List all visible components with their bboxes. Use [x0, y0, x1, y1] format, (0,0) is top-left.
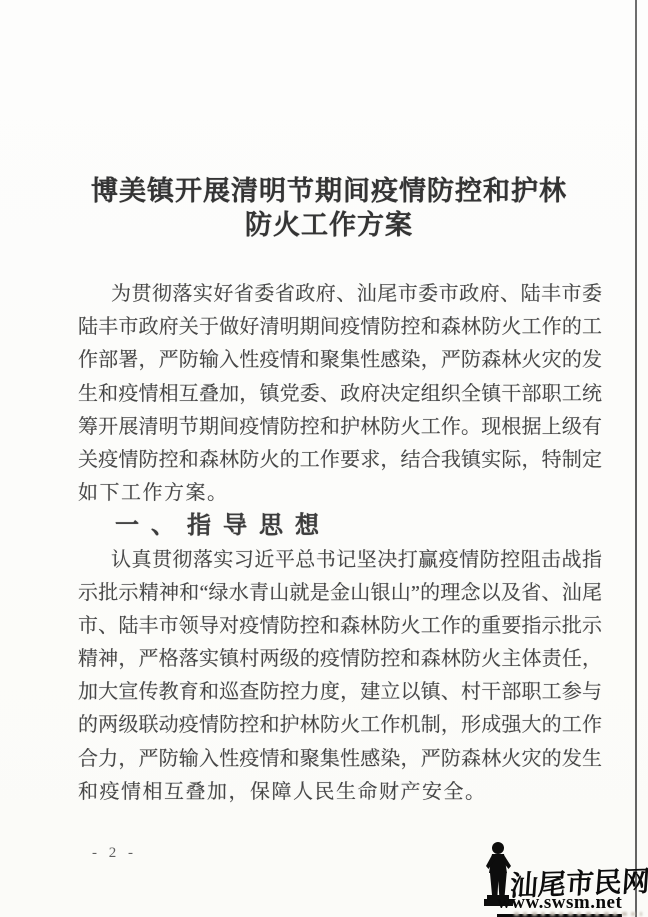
document-body: 为贯彻落实好省委省政府、汕尾市委市政府、陆丰市委陆丰市政府关于做好清明期间疫情防…	[78, 278, 602, 809]
text-line: 示批示精神和“绿水青山就是金山银山”的理念以及省、汕尾	[78, 577, 602, 610]
text-line: 和疫情相互叠加，保障人民生命财产安全。	[78, 776, 602, 809]
text-line: 认真贯彻落实习近平总书记坚决打赢疫情防控阻击战指	[78, 544, 602, 577]
scanned-document-page: 博美镇开展清明节期间疫情防控和护林 防火工作方案 为贯彻落实好省委省政府、汕尾市…	[0, 0, 648, 917]
text-line: 市、陆丰市领导对疫情防控和森林防火工作的重要指示批示	[78, 610, 602, 643]
page-number: - 2 -	[92, 845, 137, 862]
text-line: 加大宣传教育和巡查防控力度，建立以镇、村干部职工参与	[78, 676, 602, 709]
text-line: 作部署，严防输入性疫情和聚集性感染，严防森林火灾的发	[78, 344, 602, 377]
text-line: 如下工作方案。	[78, 477, 602, 510]
text-line: 的两级联动疫情防控和护林防火工作机制，形成强大的工作	[78, 709, 602, 742]
document-title-line1: 博美镇开展清明节期间疫情防控和护林	[10, 174, 648, 208]
site-watermark: 汕尾市民网 www.swsm.net	[476, 836, 648, 917]
document-title-line2: 防火工作方案	[10, 208, 648, 242]
text-line: 筹开展清明节期间疫情防控和护林防火工作。现根据上级有	[78, 411, 602, 444]
text-line: 合力，严防输入性疫情和聚集性感染，严防森林火灾的发生	[78, 743, 602, 776]
text-line: 精神，严格落实镇村两级的疫情防控和森林防火主体责任，	[78, 643, 602, 676]
section-heading: 一、指导思想	[78, 510, 602, 543]
document-title: 博美镇开展清明节期间疫情防控和护林 防火工作方案	[10, 174, 648, 242]
text-line: 陆丰市政府关于做好清明期间疫情防控和森林防火工作的工	[78, 311, 602, 344]
scan-edge-artifact	[635, 0, 637, 917]
scan-smudge-artifact	[514, 912, 642, 916]
intro-paragraph: 为贯彻落实好省委省政府、汕尾市委市政府、陆丰市委陆丰市政府关于做好清明期间疫情防…	[78, 278, 602, 510]
text-line: 为贯彻落实好省委省政府、汕尾市委市政府、陆丰市委	[78, 278, 602, 311]
text-line: 关疫情防控和森林防火的工作要求，结合我镇实际，特制定	[78, 444, 602, 477]
text-line: 生和疫情相互叠加，镇党委、政府决定组织全镇干部职工统	[78, 378, 602, 411]
guiding-ideology-paragraph: 认真贯彻落实习近平总书记坚决打赢疫情防控阻击战指示批示精神和“绿水青山就是金山银…	[78, 544, 602, 810]
